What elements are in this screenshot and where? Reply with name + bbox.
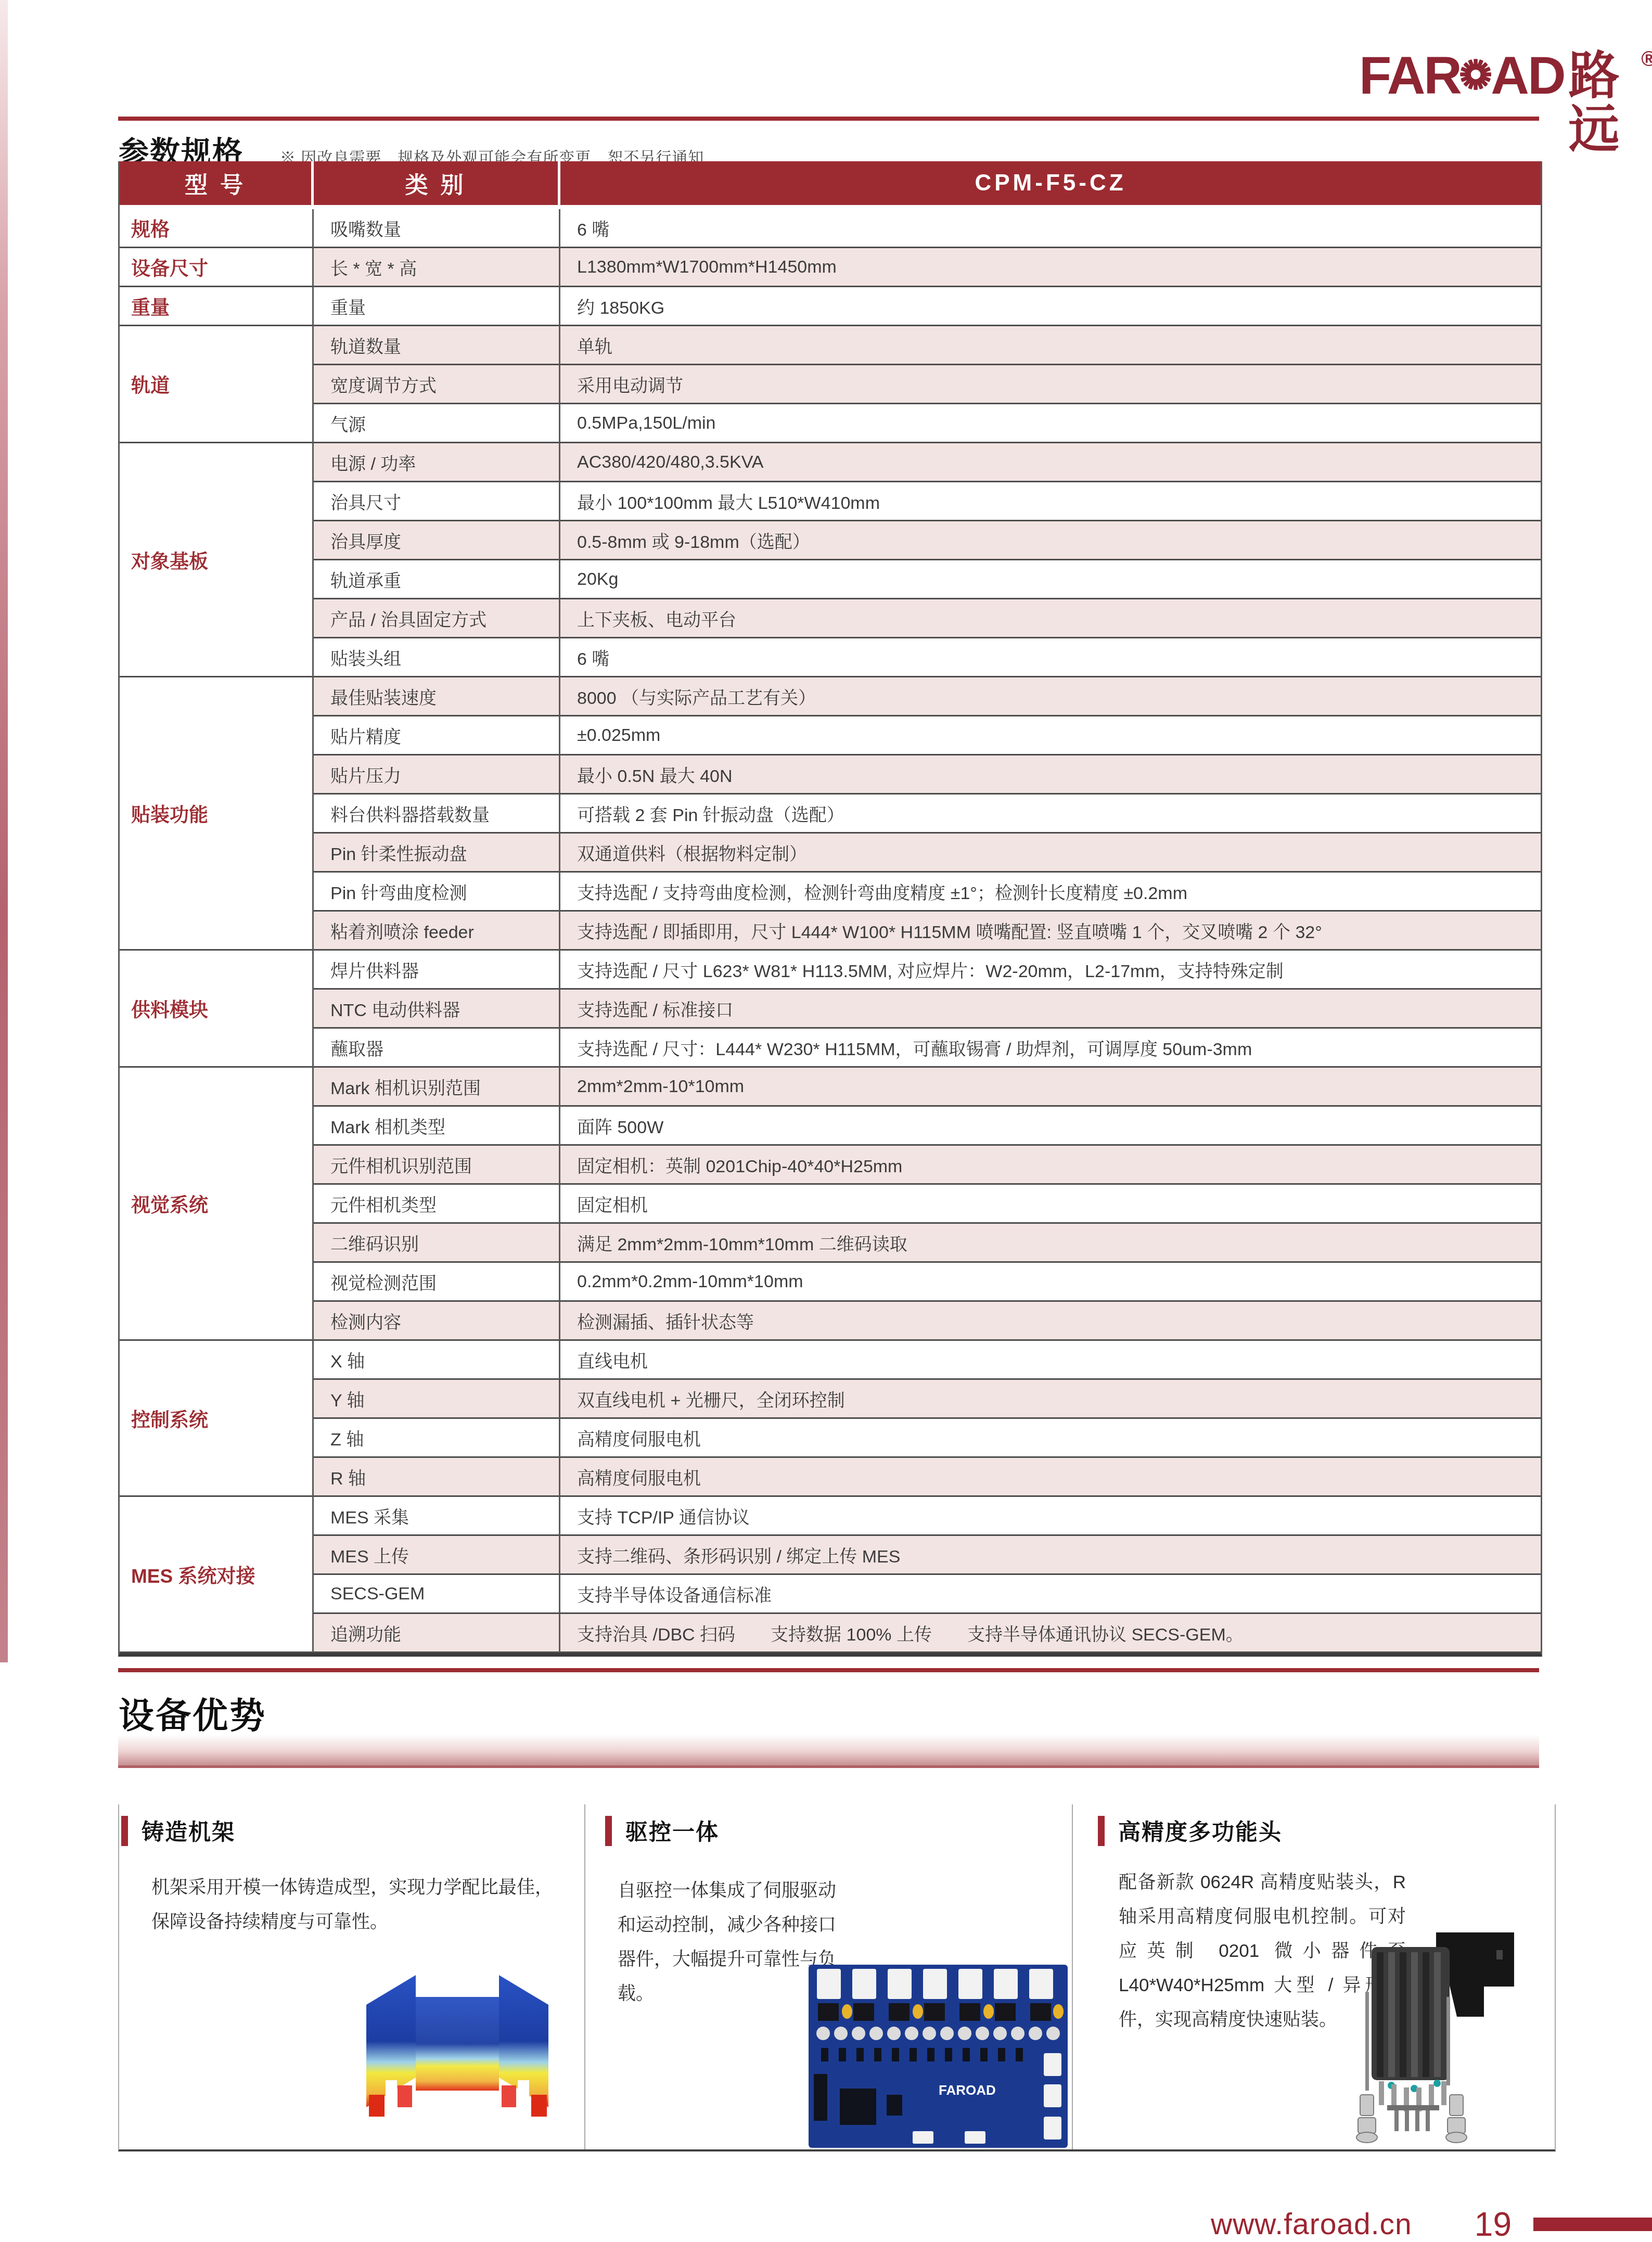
advantage-title: 铸造机架 — [142, 1815, 235, 1847]
row-label: Z 轴 — [314, 1419, 560, 1458]
row-label: 二维码识别 — [314, 1224, 560, 1263]
row-label: 元件相机类型 — [314, 1185, 560, 1224]
table-header-category: 类 别 — [314, 161, 560, 209]
row-value: 0.5-8mm 或 9-18mm（选配） — [560, 521, 1541, 560]
row-value: 6 嘴 — [560, 209, 1541, 248]
footer-page-number: 19 — [1475, 2205, 1512, 2242]
row-label: Pin 针弯曲度检测 — [314, 873, 560, 912]
row-label: 宽度调节方式 — [314, 365, 560, 404]
row-group-label: 供料模块 — [120, 951, 314, 1068]
row-value: 采用电动调节 — [560, 365, 1541, 404]
row-value: 固定相机 — [560, 1185, 1541, 1224]
row-value: L1380mm*W1700mm*H1450mm — [560, 248, 1541, 287]
advantage-text: 机架采用开模一体铸造成型，实现力学配比最佳，保障设备持续精度与可靠性。 — [151, 1871, 553, 1939]
row-value: 支持选配 / 尺寸：L444* W230* H115MM，可蘸取锡膏 / 助焊剂… — [560, 1029, 1541, 1068]
row-label: 轨道数量 — [314, 326, 560, 365]
registered-mark: ® — [1641, 49, 1652, 70]
row-label: 元件相机识别范围 — [314, 1146, 560, 1185]
row-label: X 轴 — [314, 1341, 560, 1380]
row-label: 贴片精度 — [314, 716, 560, 755]
advantage-title: 高精度多功能头 — [1118, 1815, 1282, 1847]
row-label: Mark 相机类型 — [314, 1107, 560, 1146]
row-value: 高精度伺服电机 — [560, 1458, 1541, 1497]
row-label: 重量 — [314, 287, 560, 326]
row-value: 2mm*2mm-10*10mm — [560, 1068, 1541, 1107]
table-header-value: CPM-F5-CZ — [560, 161, 1541, 209]
row-value: 支持半导体设备通信标准 — [560, 1575, 1541, 1614]
red-bar-icon — [121, 1816, 128, 1846]
row-label: 吸嘴数量 — [314, 209, 560, 248]
row-value: 支持选配 / 支持弯曲度检测，检测针弯曲度精度 ±1°；检测针长度精度 ±0.2… — [560, 873, 1541, 912]
row-label: 贴装头组 — [314, 638, 560, 677]
row-value: 直线电机 — [560, 1341, 1541, 1380]
row-label: 焊片供料器 — [314, 951, 560, 990]
row-value: 支持选配 / 即插即用，尺寸 L444* W100* H115MM 喷嘴配置: … — [560, 912, 1541, 951]
row-value: 上下夹板、电动平台 — [560, 599, 1541, 638]
placement-head-image — [1337, 1929, 1525, 2145]
row-value: 6 嘴 — [560, 638, 1541, 677]
row-value: 最小 100*100mm 最大 L510*W410mm — [560, 482, 1541, 521]
row-value: 20Kg — [560, 560, 1541, 599]
row-label: 长 * 宽 * 高 — [314, 248, 560, 287]
advantage-column-frame: 铸造机架 机架采用开模一体铸造成型，实现力学配比最佳，保障设备持续精度与可靠性。 — [119, 1804, 585, 2149]
row-value: 支持二维码、条形码识别 / 绑定上传 MES — [560, 1536, 1541, 1575]
advantage-header: 驱控一体 — [585, 1815, 1072, 1847]
row-label: 检测内容 — [314, 1302, 560, 1341]
row-label: MES 上传 — [314, 1536, 560, 1575]
row-value: 0.5MPa,150L/min — [560, 404, 1541, 443]
advantage-title: 驱控一体 — [625, 1815, 719, 1847]
row-label: 气源 — [314, 404, 560, 443]
row-group-label: 控制系统 — [120, 1341, 314, 1497]
row-label: Pin 针柔性振动盘 — [314, 834, 560, 873]
row-value: 双通道供料（根据物料定制） — [560, 834, 1541, 873]
red-bar-icon — [1098, 1816, 1105, 1846]
advantage-column-drive: 驱控一体 自驱控一体集成了伺服驱动和运动控制，减少各种接口器件，大幅提升可靠性与… — [585, 1804, 1073, 2149]
svg-text:FAROAD: FAROAD — [939, 2082, 996, 2098]
top-rule — [118, 117, 1539, 121]
row-label: 电源 / 功率 — [314, 443, 560, 482]
row-label: 贴片压力 — [314, 755, 560, 795]
row-group-label: 重量 — [120, 287, 314, 326]
spec-sheet-page: FAR — [0, 0, 1652, 2242]
row-value: 最小 0.5N 最大 40N — [560, 755, 1541, 795]
row-label: 轨道承重 — [314, 560, 560, 599]
brand-logo: FAR — [1359, 49, 1652, 156]
row-label: 蘸取器 — [314, 1029, 560, 1068]
row-value: 支持选配 / 尺寸 L623* W81* H113.5MM, 对应焊片：W2-2… — [560, 951, 1541, 990]
row-value: 0.2mm*0.2mm-10mm*10mm — [560, 1263, 1541, 1302]
row-value: 高精度伺服电机 — [560, 1419, 1541, 1458]
row-label: 粘着剂喷涂 feeder — [314, 912, 560, 951]
row-group-label: 设备尺寸 — [120, 248, 314, 287]
row-label: NTC 电动供料器 — [314, 990, 560, 1029]
row-label: SECS-GEM — [314, 1575, 560, 1614]
row-value: 固定相机：英制 0201Chip-40*40*H25mm — [560, 1146, 1541, 1185]
row-label: 最佳贴装速度 — [314, 677, 560, 716]
gradient-band — [118, 1735, 1539, 1768]
gear-icon — [1459, 50, 1492, 99]
row-value: 支持选配 / 标准接口 — [560, 990, 1541, 1029]
row-value: 面阵 500W — [560, 1107, 1541, 1146]
casting-frame-image — [343, 1961, 582, 2143]
row-group-label: 对象基板 — [120, 443, 314, 677]
advantage-header: 高精度多功能头 — [1073, 1815, 1557, 1847]
drive-control-board-image: FAROAD — [809, 1965, 1068, 2148]
row-group-label: 贴装功能 — [120, 677, 314, 951]
footer-bar — [1533, 2218, 1652, 2231]
row-value: AC380/420/480,3.5KVA — [560, 443, 1541, 482]
advantage-header: 铸造机架 — [119, 1815, 584, 1847]
footer: www.faroad.cn 19 — [1211, 2205, 1652, 2242]
row-value: 支持 TCP/IP 通信协议 — [560, 1497, 1541, 1536]
row-value: 8000 （与实际产品工艺有关） — [560, 677, 1541, 716]
footer-website: www.faroad.cn — [1211, 2207, 1412, 2241]
row-value: 可搭载 2 套 Pin 针振动盘（选配） — [560, 795, 1541, 834]
advantages-section: 铸造机架 机架采用开模一体铸造成型，实现力学配比最佳，保障设备持续精度与可靠性。 — [118, 1804, 1556, 2151]
row-label: 产品 / 治具固定方式 — [314, 599, 560, 638]
table-header-model: 型 号 — [120, 161, 314, 209]
logo-text-cn: 路远 — [1569, 49, 1636, 156]
logo-text-far: FAR — [1359, 49, 1461, 102]
row-group-label: 规格 — [120, 209, 314, 248]
section2-title: 设备优势 — [119, 1688, 266, 1738]
page-edge-strip — [0, 0, 8, 1662]
row-label: Mark 相机识别范围 — [314, 1068, 560, 1107]
row-label: Y 轴 — [314, 1380, 560, 1419]
red-bar-icon — [605, 1816, 612, 1846]
row-value: 约 1850KG — [560, 287, 1541, 326]
spec-table: 型 号 类 别 CPM-F5-CZ 规格吸嘴数量6 嘴设备尺寸长 * 宽 * 高… — [118, 161, 1542, 1657]
row-label: 追溯功能 — [314, 1614, 560, 1653]
advantage-text: 自驱控一体集成了伺服驱动和运动控制，减少各种接口器件，大幅提升可靠性与负载。 — [618, 1874, 836, 2011]
row-label: 治具厚度 — [314, 521, 560, 560]
logo-text-ad: AD — [1491, 49, 1564, 102]
row-value: ±0.025mm — [560, 716, 1541, 755]
row-value: 双直线电机 + 光栅尺，全闭环控制 — [560, 1380, 1541, 1419]
row-label: 视觉检测范围 — [314, 1263, 560, 1302]
row-group-label: 视觉系统 — [120, 1068, 314, 1341]
row-label: R 轴 — [314, 1458, 560, 1497]
under-table-rule — [118, 1668, 1539, 1672]
row-value: 单轨 — [560, 326, 1541, 365]
row-value: 检测漏插、插针状态等 — [560, 1302, 1541, 1341]
row-label: MES 采集 — [314, 1497, 560, 1536]
row-label: 料台供料器搭载数量 — [314, 795, 560, 834]
row-value: 支持治具 /DBC 扫码 支持数据 100% 上传 支持半导体通讯协议 SECS… — [560, 1614, 1541, 1653]
row-value: 满足 2mm*2mm-10mm*10mm 二维码读取 — [560, 1224, 1541, 1263]
row-group-label: 轨道 — [120, 326, 314, 443]
row-label: 治具尺寸 — [314, 482, 560, 521]
advantage-column-head: 高精度多功能头 配备新款 0624R 高精度贴装头，R 轴采用高精度伺服电机控制… — [1073, 1804, 1557, 2149]
row-group-label: MES 系统对接 — [120, 1497, 314, 1653]
